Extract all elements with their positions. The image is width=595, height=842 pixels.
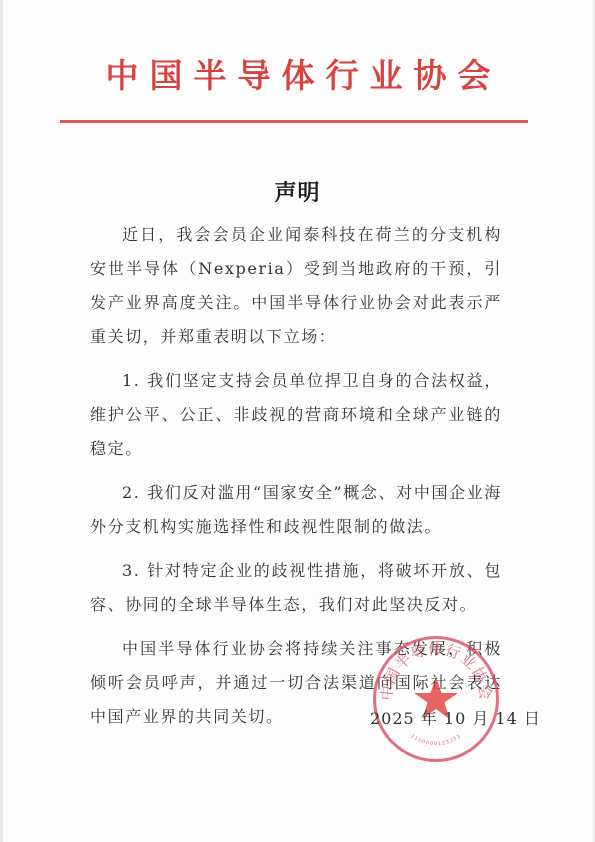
letterhead-org-name: 中国半导体行业协会 <box>0 54 595 98</box>
paragraph-intro: 近日，我会会员企业闻泰科技在荷兰的分支机构安世半导体（Nexperia）受到当地… <box>90 218 502 354</box>
document-date: 2025 年 10 月 14 日 <box>370 706 541 729</box>
seal-serial: 1100000123353 <box>409 733 462 747</box>
official-seal: 中国半导体行业协会 1100000123353 <box>373 636 499 762</box>
paragraph-point-1: 1. 我们坚定支持会员单位捍卫自身的合法权益，维护公平、公正、非歧视的营商环境和… <box>90 364 502 466</box>
svg-text:1100000123353: 1100000123353 <box>409 733 462 747</box>
seal-star-icon: 中国半导体行业协会 1100000123353 <box>376 639 496 759</box>
document-title: 声明 <box>0 176 595 207</box>
paragraph-point-3: 3. 针对特定企业的歧视性措施，将破坏开放、包容、协同的全球半导体生态，我们对此… <box>90 554 502 622</box>
page-edge-left <box>0 0 3 842</box>
paragraph-point-2: 2. 我们反对滥用“国家安全”概念、对中国企业海外分支机构实施选择性和歧视性限制… <box>90 476 502 544</box>
letterhead-divider <box>60 120 528 123</box>
